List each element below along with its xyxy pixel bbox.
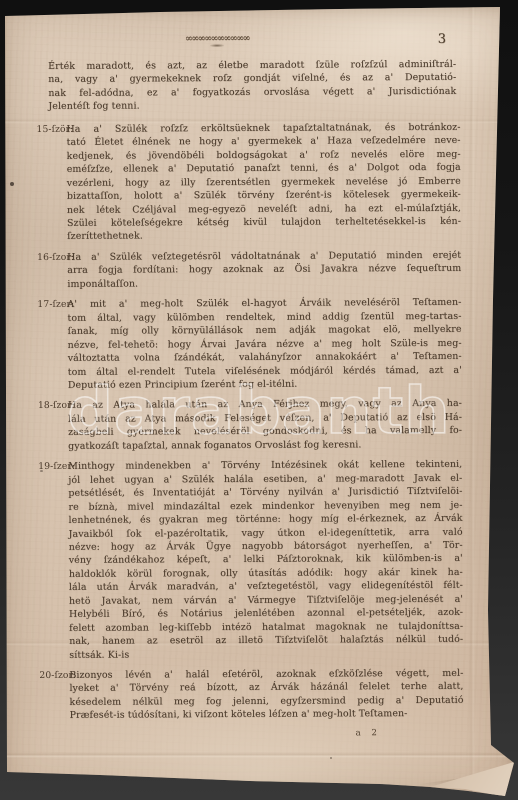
document-text-block: Érték maradott, és azt, az életbe marado…: [36, 58, 464, 740]
paragraph-text: Ha a' Szülék roſzſz erköltsüeknek tapaſz…: [66, 121, 461, 244]
paper-fold-corner: [425, 738, 518, 800]
numbered-paragraph-15: 15-ſzör: Ha a' Szülék roſzſz erköltsüekn…: [36, 121, 461, 244]
signature-mark: a 2: [356, 728, 464, 739]
item-label: 16-ſzor:: [37, 251, 67, 292]
item-label: 18-ſzor:: [38, 399, 68, 453]
printed-page-content: ∞∞∞∞∞∞∞∞∞∞ 3 Érték maradott, és azt, az …: [36, 32, 464, 740]
document-paper-sheet: ∞∞∞∞∞∞∞∞∞∞ 3 Érték maradott, és azt, az …: [0, 0, 518, 800]
paragraph-text: Minthogy mindenekben a' Törvény Intézési…: [68, 458, 463, 662]
page-number: 3: [438, 32, 446, 47]
item-label: 19-ſzer:: [38, 460, 69, 662]
numbered-paragraph-20: 20-ſzor: Bizonyos lévén a' halál eſetérö…: [39, 667, 463, 723]
page-header: ∞∞∞∞∞∞∞∞∞∞ 3: [36, 32, 460, 58]
paragraph-text: Ha az Atya halála után az Anya Férjhez m…: [68, 397, 462, 453]
paper-speck: [10, 182, 14, 186]
paper-fold-shadow: [420, 770, 518, 792]
numbered-paragraph-19: 19-ſzer: Minthogy mindenekben a' Törvény…: [38, 458, 463, 662]
paper-crease: [0, 752, 518, 758]
item-label: 17-ſzer:: [37, 298, 67, 392]
intro-paragraph: Érték maradott, és azt, az életbe marado…: [48, 58, 456, 114]
item-label: 15-ſzör:: [36, 123, 67, 244]
paper-speck: [330, 757, 332, 759]
numbered-paragraph-18: 18-ſzor: Ha az Atya halála után az Anya …: [38, 397, 462, 453]
paragraph-text: Ha a' Szülék veſztegetésröl vádoltatnána…: [67, 249, 461, 291]
item-label: 20-ſzor:: [39, 669, 69, 723]
paragraph-text: Bizonyos lévén a' halál eſetéröl, azokna…: [69, 667, 463, 723]
numbered-paragraph-16: 16-ſzor: Ha a' Szülék veſztegetésröl vád…: [37, 249, 461, 292]
paper-crease: [468, 0, 475, 800]
photo-background: ∞∞∞∞∞∞∞∞∞∞ 3 Érték maradott, és azt, az …: [0, 0, 518, 800]
chain-ornament-icon: ∞∞∞∞∞∞∞∞∞∞: [178, 35, 256, 43]
paragraph-text: A' mit a' meg-holt Szülék el-hagyot Árvá…: [67, 296, 461, 392]
numbered-paragraph-17: 17-ſzer: A' mit a' meg-holt Szülék el-ha…: [37, 296, 461, 392]
